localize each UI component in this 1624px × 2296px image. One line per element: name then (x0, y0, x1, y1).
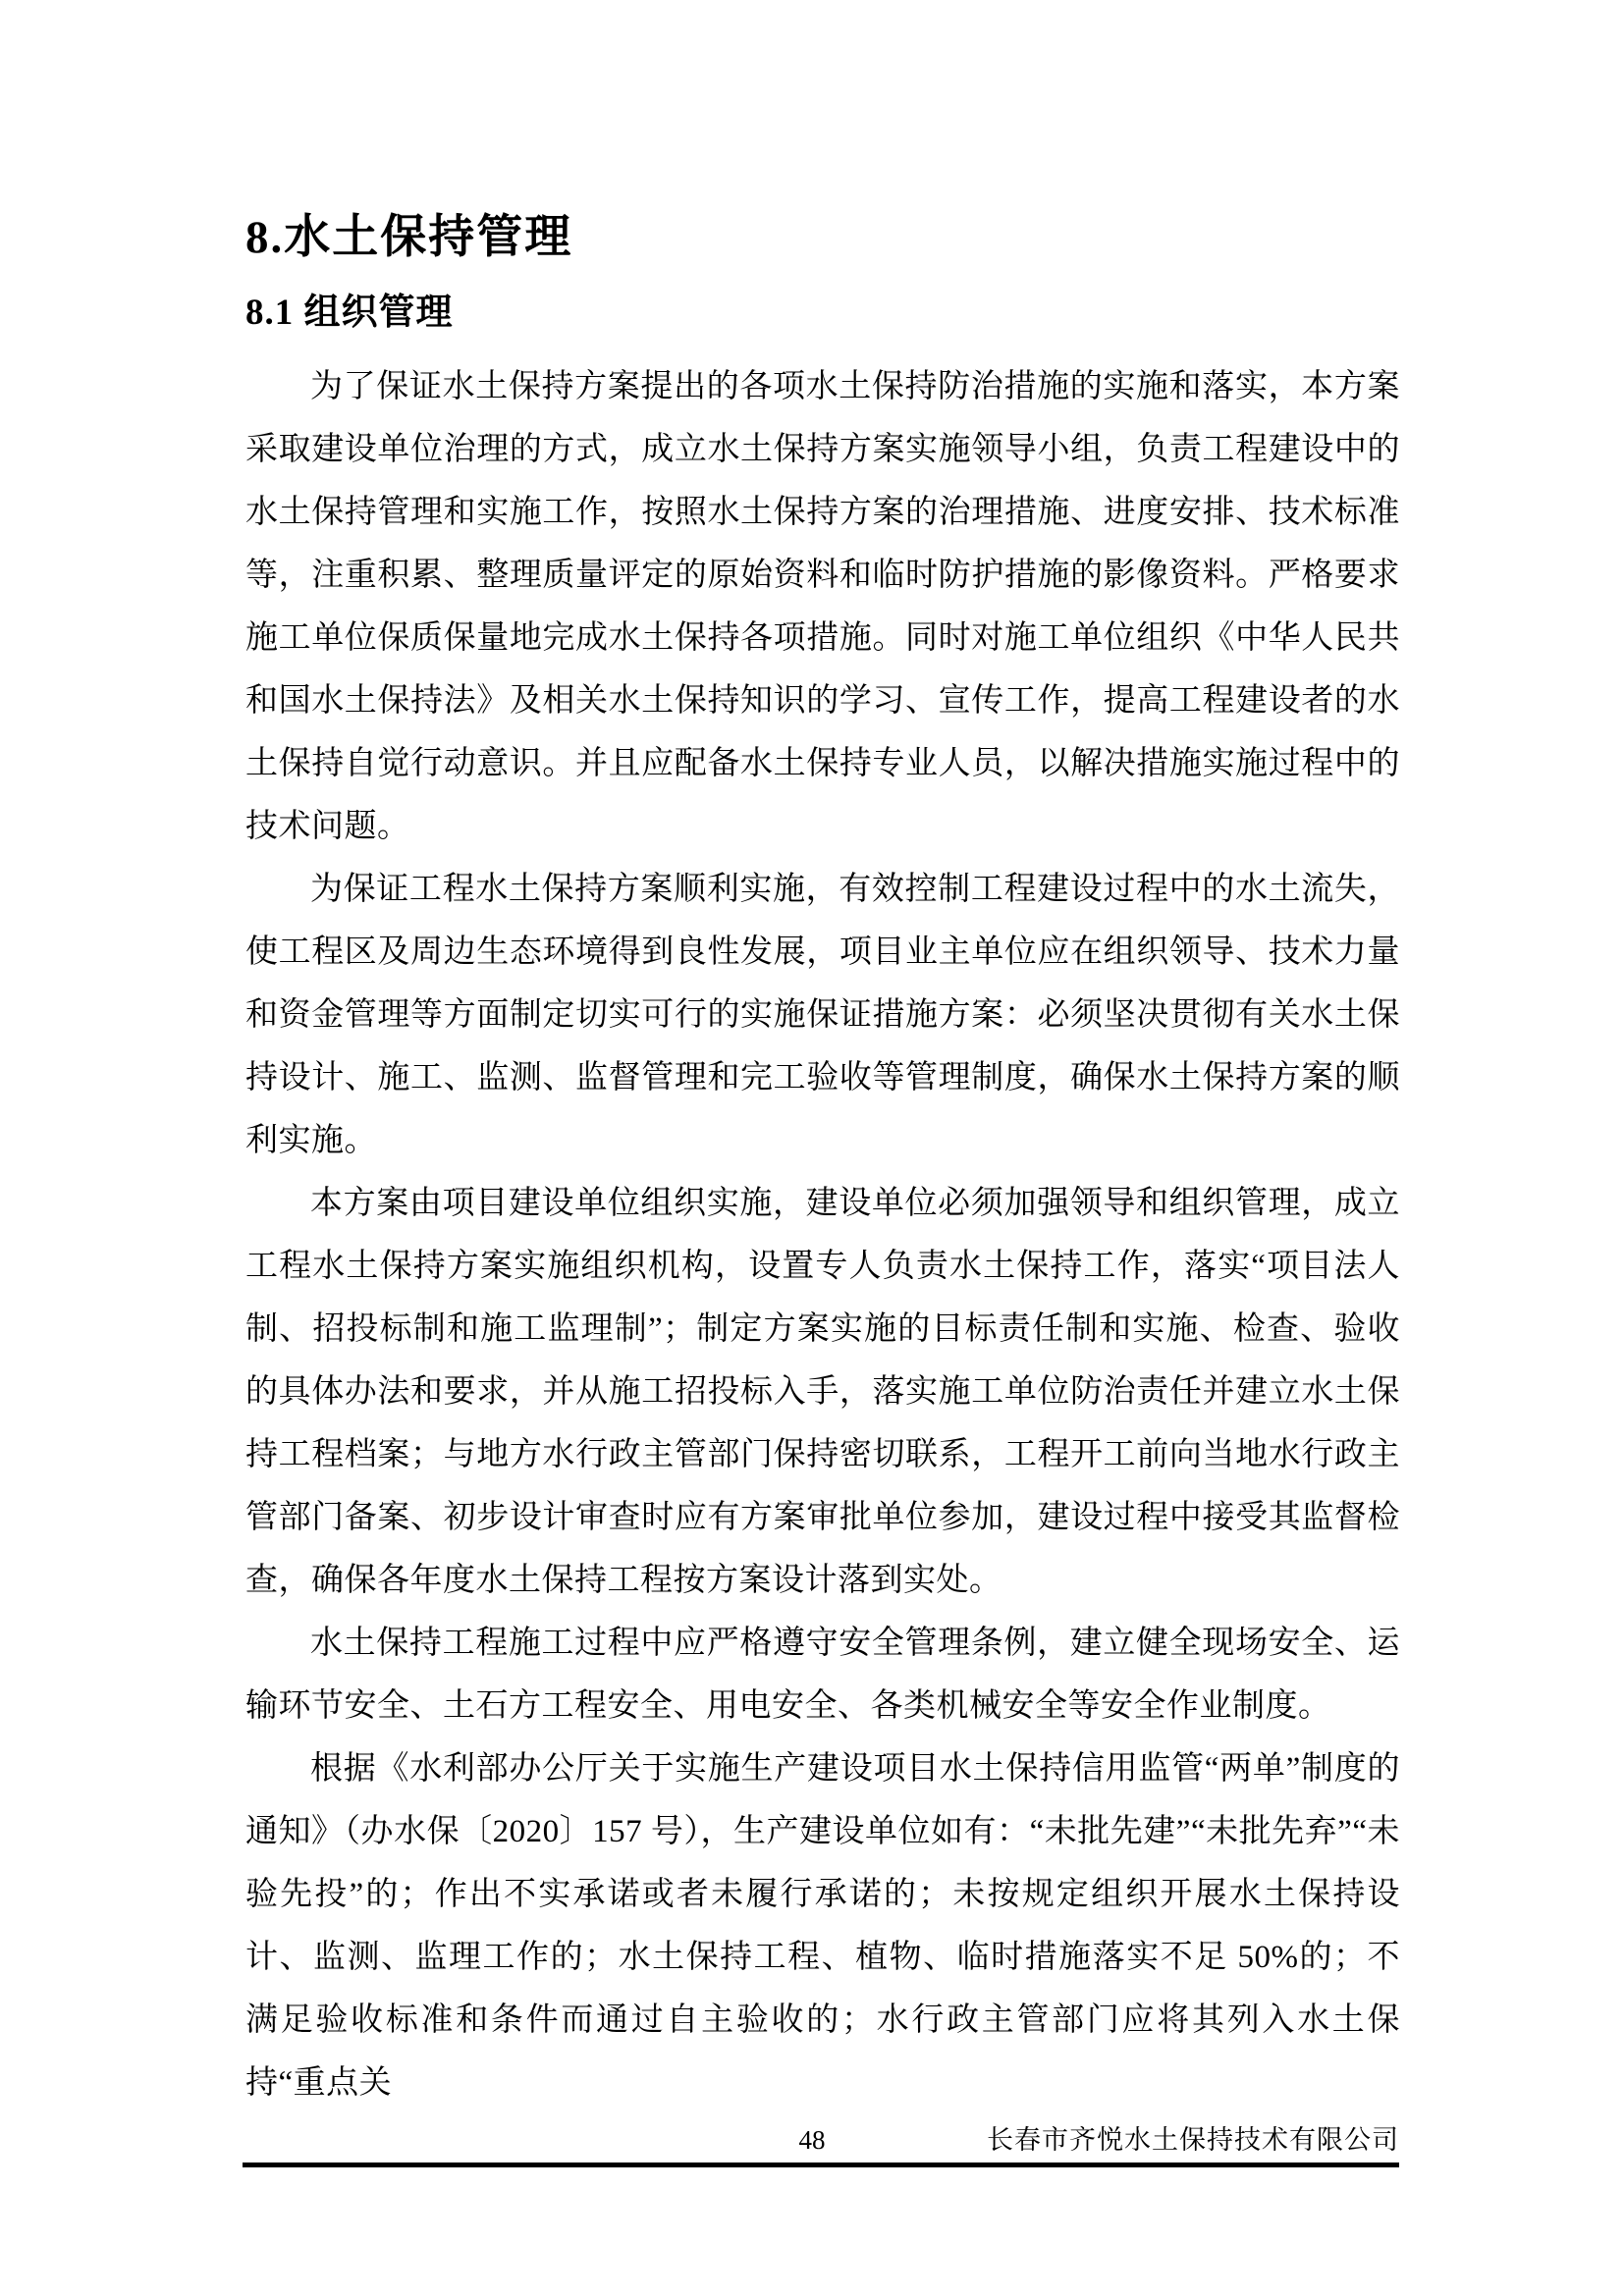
paragraph: 为了保证水土保持方案提出的各项水土保持防治措施的实施和落实，本方案采取建设单位治… (245, 355, 1400, 858)
section-heading: 8.水土保持管理 (245, 208, 1400, 267)
paragraph: 根据《水利部办公厅关于实施生产建设项目水土保持信用监管“两单”制度的通知》（办水… (245, 1737, 1400, 2114)
subsection-heading: 8.1 组织管理 (245, 291, 1400, 336)
paragraph: 水土保持工程施工过程中应严格遵守安全管理条例，建立健全现场安全、运输环节安全、土… (245, 1612, 1400, 1737)
paragraph: 本方案由项目建设单位组织实施，建设单位必须加强领导和组织管理，成立工程水土保持方… (245, 1172, 1400, 1612)
footer-company-name: 长春市齐悦水土保持技术有限公司 (987, 2120, 1399, 2160)
body-text: 为了保证水土保持方案提出的各项水土保持防治措施的实施和落实，本方案采取建设单位治… (245, 355, 1400, 2114)
footer-rule (243, 2163, 1399, 2167)
document-page: 8.水土保持管理 8.1 组织管理 为了保证水土保持方案提出的各项水土保持防治措… (0, 0, 1624, 2296)
paragraph: 为保证工程水土保持方案顺利实施，有效控制工程建设过程中的水土流失，使工程区及周边… (245, 858, 1400, 1172)
document-content: 8.水土保持管理 8.1 组织管理 为了保证水土保持方案提出的各项水土保持防治措… (245, 208, 1400, 2114)
